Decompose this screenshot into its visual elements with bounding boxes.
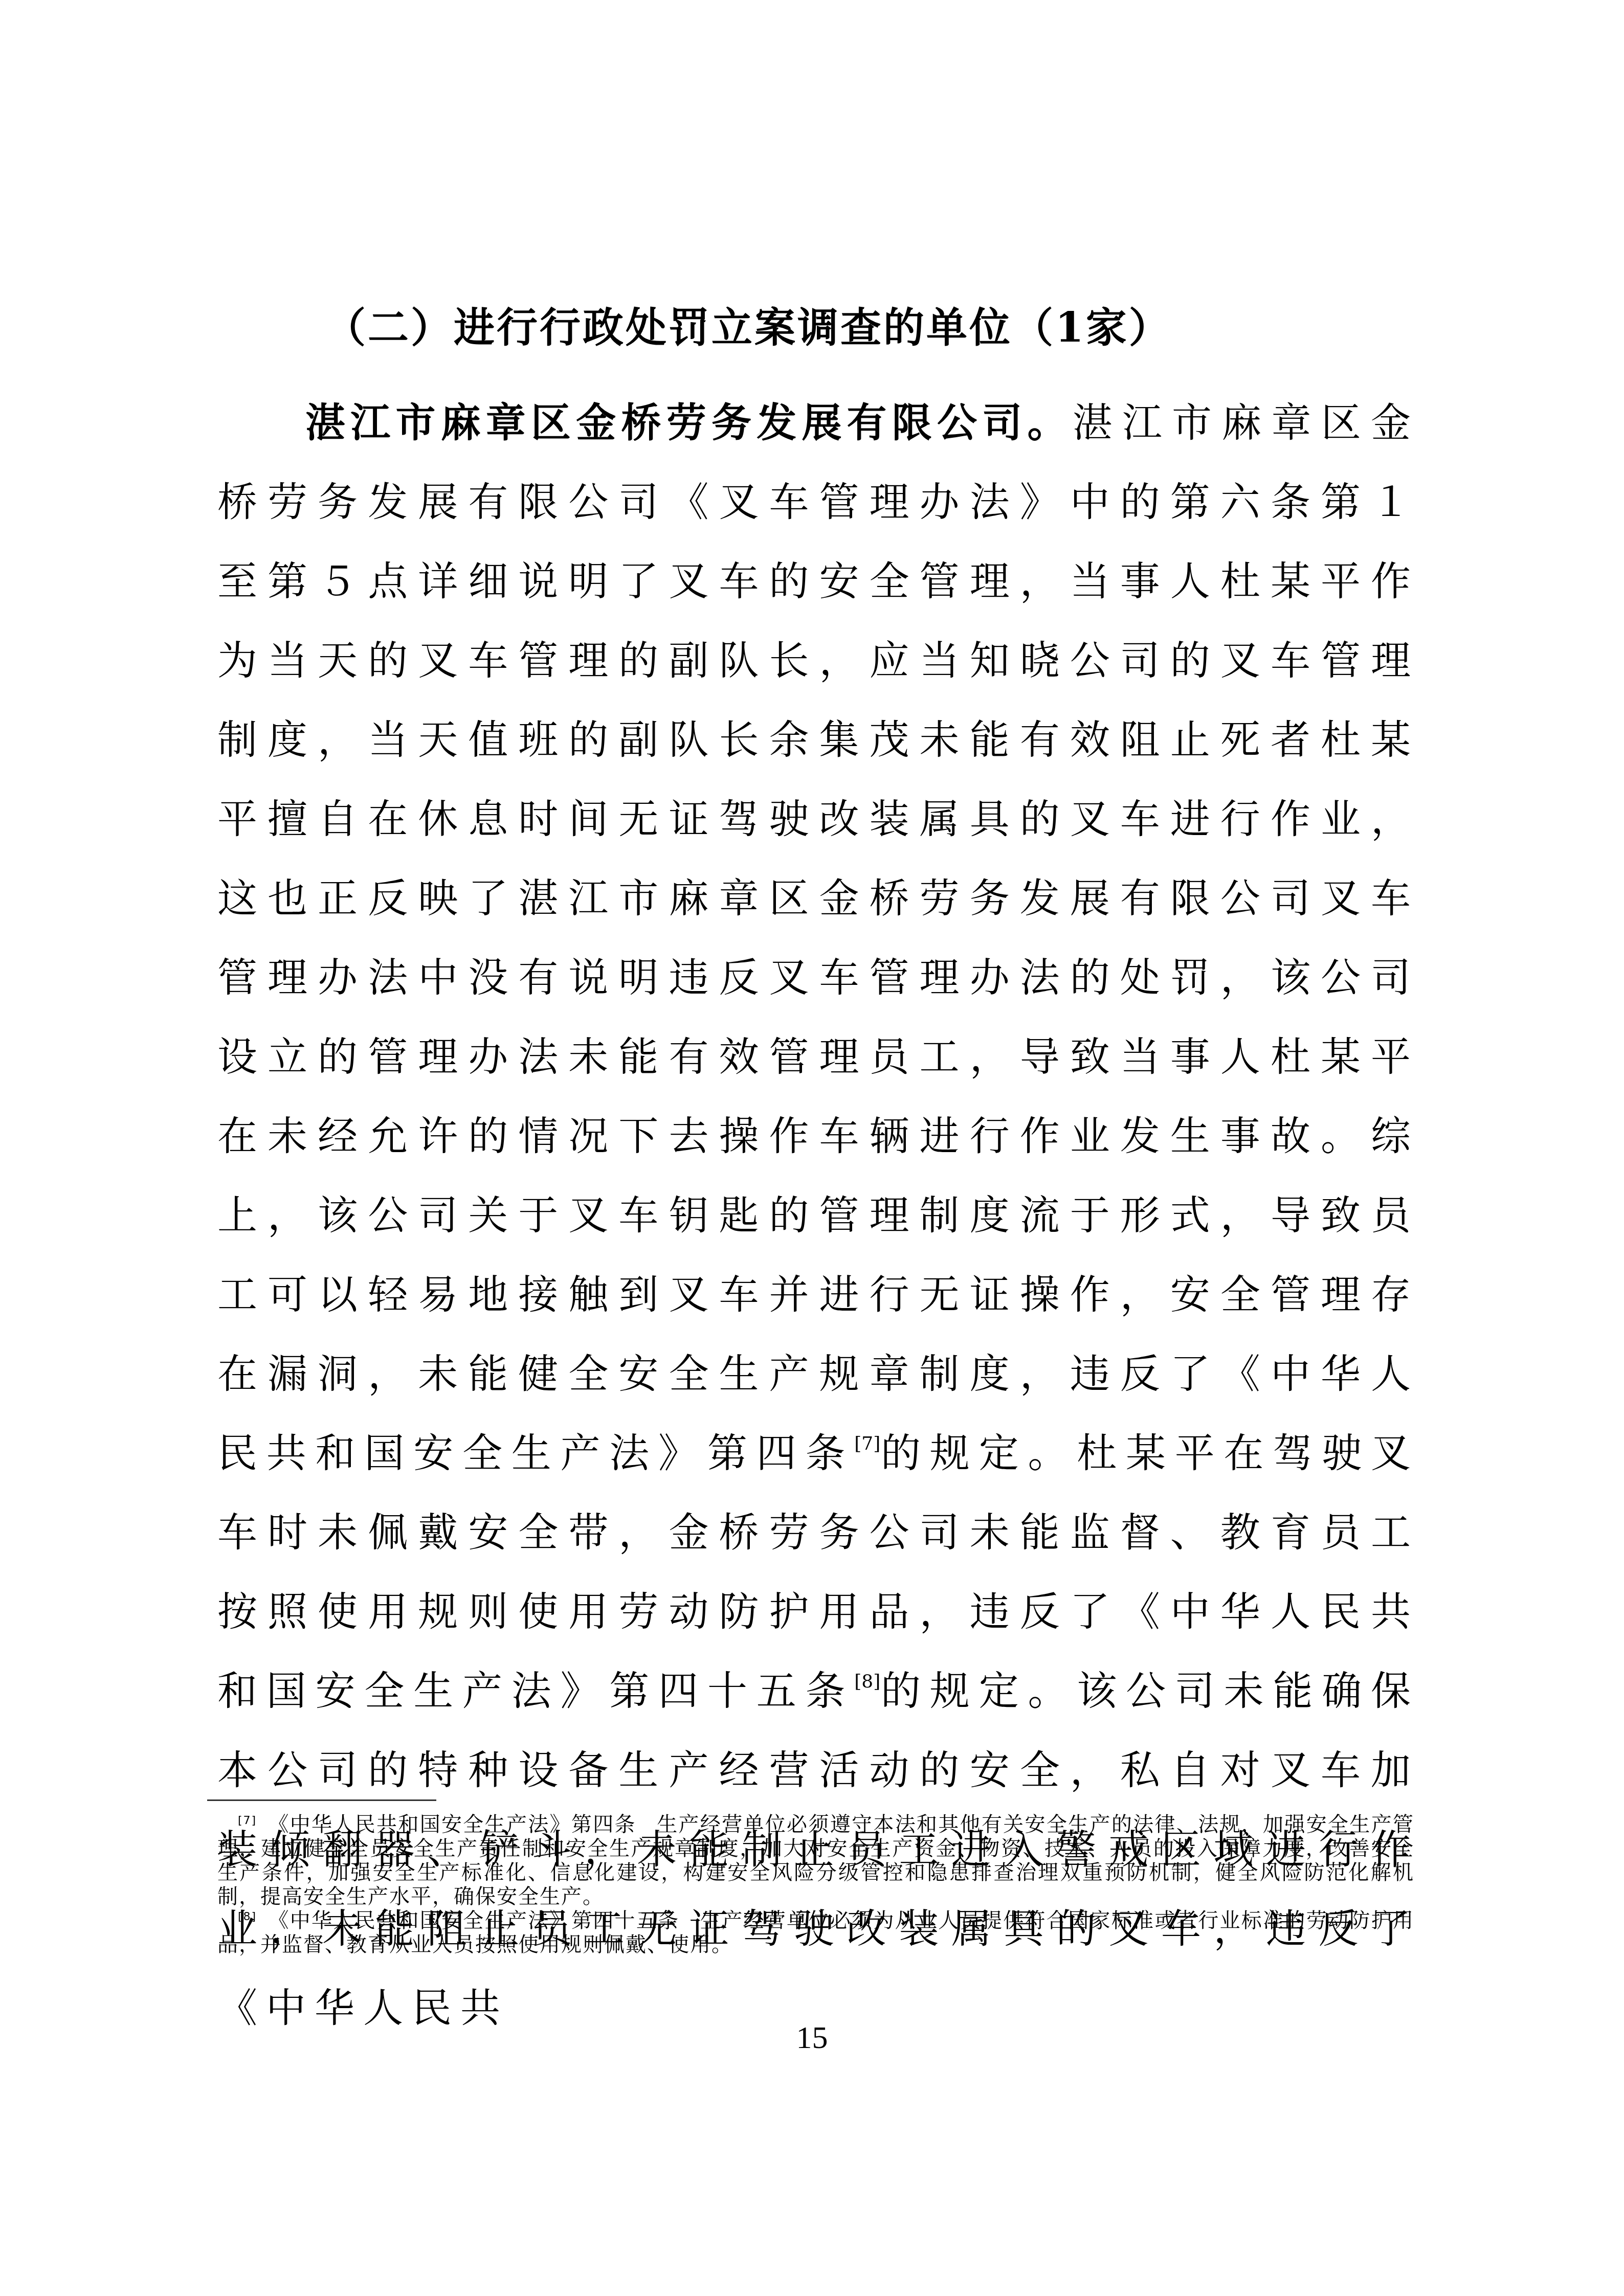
body-paragraph: 湛江市麻章区金桥劳务发展有限公司。湛江市麻章区金桥劳务发展有限公司《叉车管理办法… — [217, 384, 1419, 2049]
footnote-7: [7]《中华人民共和国安全生产法》第四条生产经营单位必须遵守本法和其他有关安全生… — [217, 1813, 1414, 1909]
footnote-marker: [7] — [238, 1814, 257, 1827]
paragraph-text-part1: 湛江市麻章区金桥劳务发展有限公司《叉车管理办法》中的第六条第１至第５点详细说明了… — [217, 400, 1419, 1477]
footnote-ref-7[interactable]: [7] — [854, 1433, 880, 1454]
footnote-8: [8]《中华人民共和国安全生产法》第四十五条生产经营单位必须为从业人员提供符合国… — [217, 1909, 1414, 1957]
page-number: 15 — [0, 2020, 1624, 2056]
footnote-marker: [8] — [238, 1910, 257, 1923]
footnote-ref-8[interactable]: [8] — [854, 1671, 880, 1692]
company-name-lead: 湛江市麻章区金桥劳务发展有限公司。 — [305, 400, 1073, 446]
footnote-title: 《中华人民共和国安全生产法》第四条 — [268, 1813, 636, 1836]
footnotes: [7]《中华人民共和国安全生产法》第四条生产经营单位必须遵守本法和其他有关安全生… — [217, 1813, 1414, 1957]
footnote-title: 《中华人民共和国安全生产法》第四十五条 — [268, 1909, 679, 1932]
document-page: （二）进行行政处罚立案调查的单位（1家） 湛江市麻章区金桥劳务发展有限公司。湛江… — [0, 0, 1624, 2296]
section-heading: （二）进行行政处罚立案调查的单位（1家） — [217, 299, 1419, 355]
footnote-separator — [207, 1799, 436, 1801]
